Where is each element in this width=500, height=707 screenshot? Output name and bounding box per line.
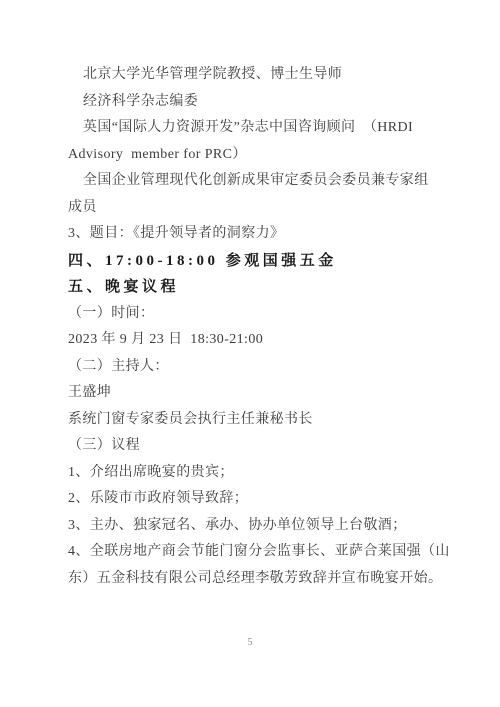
text-line: 北京大学光华管理学院教授、博士生导师 bbox=[68, 62, 440, 89]
text-line: 2023 年 9 月 23 日 18:30-21:00 bbox=[68, 327, 440, 354]
text-line: 全国企业管理现代化创新成果审定委员会委员兼专家组 bbox=[68, 168, 440, 195]
text-line: 经济科学杂志编委 bbox=[68, 89, 440, 116]
text-line: 3、题目：《提升领导者的洞察力》 bbox=[68, 221, 440, 248]
document-body: 北京大学光华管理学院教授、博士生导师 经济科学杂志编委 英国“国际人力资源开发”… bbox=[68, 62, 440, 592]
text-line: 1、介绍出席晚宴的贵宾； bbox=[68, 460, 440, 487]
text-line: （一）时间： bbox=[68, 301, 440, 328]
document-page: 北京大学光华管理学院教授、博士生导师 经济科学杂志编委 英国“国际人力资源开发”… bbox=[0, 0, 500, 707]
section-heading: 五、晚宴议程 bbox=[68, 274, 440, 301]
page-number: 5 bbox=[0, 637, 500, 648]
text-line: 系统门窗专家委员会执行主任兼秘书长 bbox=[68, 407, 440, 434]
text-line: 东）五金科技有限公司总经理李敬芳致辞并宣布晚宴开始。 bbox=[68, 566, 440, 593]
text-line: Advisory member for PRC） bbox=[68, 142, 440, 169]
text-line: 英国“国际人力资源开发”杂志中国咨询顾问 （HRDI bbox=[68, 115, 440, 142]
section-heading: 四、17:00-18:00 参观国强五金 bbox=[68, 248, 440, 275]
text-line: （三）议程 bbox=[68, 433, 440, 460]
text-line: 2、乐陵市市政府领导致辞； bbox=[68, 486, 440, 513]
text-line: 4、全联房地产商会节能门窗分会监事长、亚萨合莱国强（山 bbox=[68, 539, 440, 566]
text-line: 王盛坤 bbox=[68, 380, 440, 407]
text-line: 3、主办、独家冠名、承办、协办单位领导上台敬酒； bbox=[68, 513, 440, 540]
text-line: 成员 bbox=[68, 195, 440, 222]
text-line: （二）主持人： bbox=[68, 354, 440, 381]
